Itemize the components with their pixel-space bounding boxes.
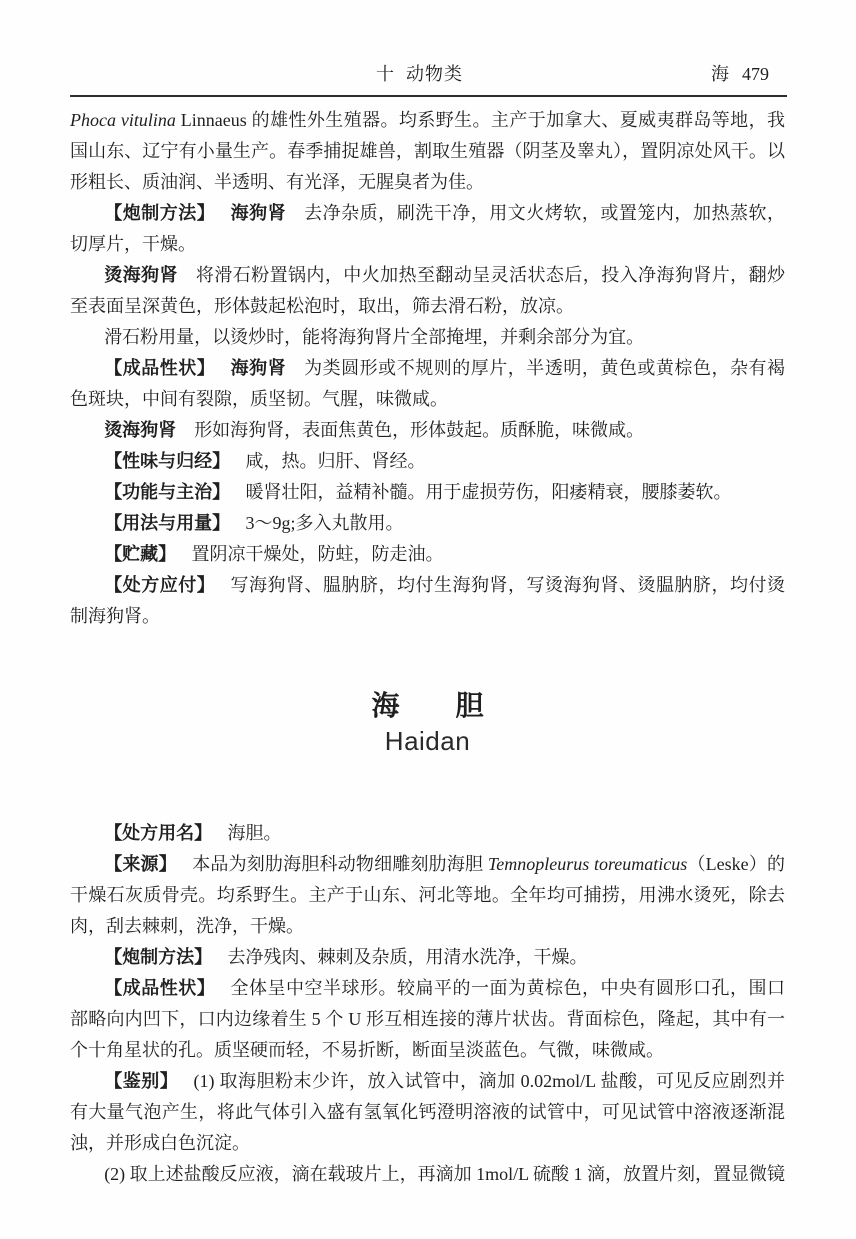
folio-index-word: 海 [711, 62, 729, 86]
body-text: (2) 取上述盐酸反应液，滴在载玻片上，再滴加 1mol/L 硫酸 1 滴，放置… [104, 1164, 785, 1184]
latin-species-name: Temnopleurus toreumaticus [488, 854, 687, 874]
body-text: 咸，热。归肝、肾经。 [245, 451, 425, 471]
paragraph-chufang-yingfu: 【处方应付】写海狗肾、腽肭脐，均付生海狗肾，写烫海狗肾、烫腽肭脐，均付烫制海狗肾… [70, 570, 785, 632]
paragraph-tang-haigoushen: 烫海狗肾将滑石粉置锅内，中火加热至翻动呈灵活状态后，投入净海狗肾片，翻炒至表面呈… [70, 260, 785, 322]
paragraph-origin: Phoca vitulina Linnaeus 的雄性外生殖器。均系野生。主产于… [70, 105, 785, 198]
section-label: 【鉴别】 [104, 1071, 178, 1091]
section-label: 【成品性状】 [104, 358, 215, 378]
monograph-haidan: 【处方用名】海胆。 【来源】本品为刻肋海胆科动物细雕刻肋海胆 Temnopleu… [70, 818, 785, 1190]
page-folio: 海 479 [463, 62, 787, 86]
book-page: 十 动物类 海 479 Phoca vitulina Linnaeus 的雄性外… [0, 0, 856, 1239]
paragraph-tang-xingzhuang: 烫海狗肾形如海狗肾，表面焦黄色，形体鼓起。质酥脆，味微咸。 [70, 415, 785, 446]
paragraph-yongfa-yongliang: 【用法与用量】3～9g;多入丸散用。 [70, 508, 785, 539]
section-label: 【处方应付】 [104, 575, 215, 595]
section-label: 【成品性状】 [104, 978, 215, 998]
running-header: 十 动物类 海 479 [0, 0, 856, 86]
section-label: 【炮制方法】 [104, 947, 212, 967]
paragraph-xingwei-guijing: 【性味与归经】咸，热。归肝、肾经。 [70, 446, 785, 477]
paragraph-zhucang: 【贮藏】置阴凉干燥处，防蛀，防走油。 [70, 539, 785, 570]
paragraph-laiyuan: 【来源】本品为刻肋海胆科动物细雕刻肋海胆 Temnopleurus toreum… [70, 849, 785, 942]
section-label: 【功能与主治】 [104, 482, 230, 502]
monograph-haigoushen: Phoca vitulina Linnaeus 的雄性外生殖器。均系野生。主产于… [70, 105, 785, 632]
body-text: 暖肾壮阳，益精补髓。用于虚损劳伤，阳痿精衰，腰膝萎软。 [245, 482, 731, 502]
paragraph-chengpin-xingzhuang: 【成品性状】海狗肾为类圆形或不规则的厚片，半透明，黄色或黄棕色，杂有褐色斑块，中… [70, 353, 785, 415]
body-text: 海胆。 [227, 823, 281, 843]
body-text: 置阴凉干燥处，防蛀，防走油。 [191, 544, 443, 564]
body-text: 滑石粉用量，以烫炒时，能将海狗肾片全部掩埋，并剩余部分为宜。 [104, 327, 644, 347]
paragraph-chufang-yongming: 【处方用名】海胆。 [70, 818, 785, 849]
header-rule [70, 95, 787, 97]
paragraph-jianbie-1: 【鉴别】(1) 取海胆粉末少许，放入试管中，滴加 0.02mol/L 盐酸，可见… [70, 1066, 785, 1159]
body-text: 本品为刻肋海胆科动物细雕刻肋海胆 [192, 854, 488, 874]
monograph-title-block: 海 胆 Haidan [70, 689, 785, 756]
section-label: 【性味与归经】 [104, 451, 230, 471]
drug-name: 烫海狗肾 [104, 420, 176, 440]
body-text: 去净残肉、棘刺及杂质，用清水洗净，干燥。 [227, 947, 587, 967]
page-body: Phoca vitulina Linnaeus 的雄性外生殖器。均系野生。主产于… [70, 105, 785, 1190]
paragraph-paozhi-fangfa: 【炮制方法】去净残肉、棘刺及杂质，用清水洗净，干燥。 [70, 942, 785, 973]
body-text: Linnaeus 的雄性外生殖器。均系野生。主产于加拿大、夏威夷群岛等地，我国山… [70, 110, 785, 192]
paragraph-jianbie-2: (2) 取上述盐酸反应液，滴在载玻片上，再滴加 1mol/L 硫酸 1 滴，放置… [70, 1159, 785, 1190]
drug-name: 海狗肾 [231, 358, 287, 378]
drug-name: 海狗肾 [231, 203, 287, 223]
body-text: 3～9g;多入丸散用。 [245, 513, 403, 533]
paragraph-paozhi-fangfa: 【炮制方法】海狗肾去净杂质，刷洗干净，用文火烤软，或置笼内，加热蒸软，切厚片，干… [70, 198, 785, 260]
chapter-heading: 十 动物类 [376, 62, 463, 86]
folio-page-number: 479 [742, 62, 769, 86]
section-label: 【贮藏】 [104, 544, 176, 564]
paragraph-talc-note: 滑石粉用量，以烫炒时，能将海狗肾片全部掩埋，并剩余部分为宜。 [70, 322, 785, 353]
paragraph-chengpin-xingzhuang: 【成品性状】全体呈中空半球形。较扁平的一面为黄棕色，中央有圆形口孔，围口部略向内… [70, 973, 785, 1066]
latin-species-name: Phoca vitulina [70, 110, 176, 130]
drug-name: 烫海狗肾 [104, 265, 178, 285]
section-label: 【处方用名】 [104, 823, 212, 843]
monograph-pinyin: Haidan [70, 726, 785, 756]
section-label: 【炮制方法】 [104, 203, 215, 223]
paragraph-gongneng-zhuzhi: 【功能与主治】暖肾壮阳，益精补髓。用于虚损劳伤，阳痿精衰，腰膝萎软。 [70, 477, 785, 508]
monograph-title: 海 胆 [70, 689, 785, 725]
section-label: 【来源】 [104, 854, 177, 874]
section-label: 【用法与用量】 [104, 513, 230, 533]
body-text: 形如海狗肾，表面焦黄色，形体鼓起。质酥脆，味微咸。 [194, 420, 644, 440]
